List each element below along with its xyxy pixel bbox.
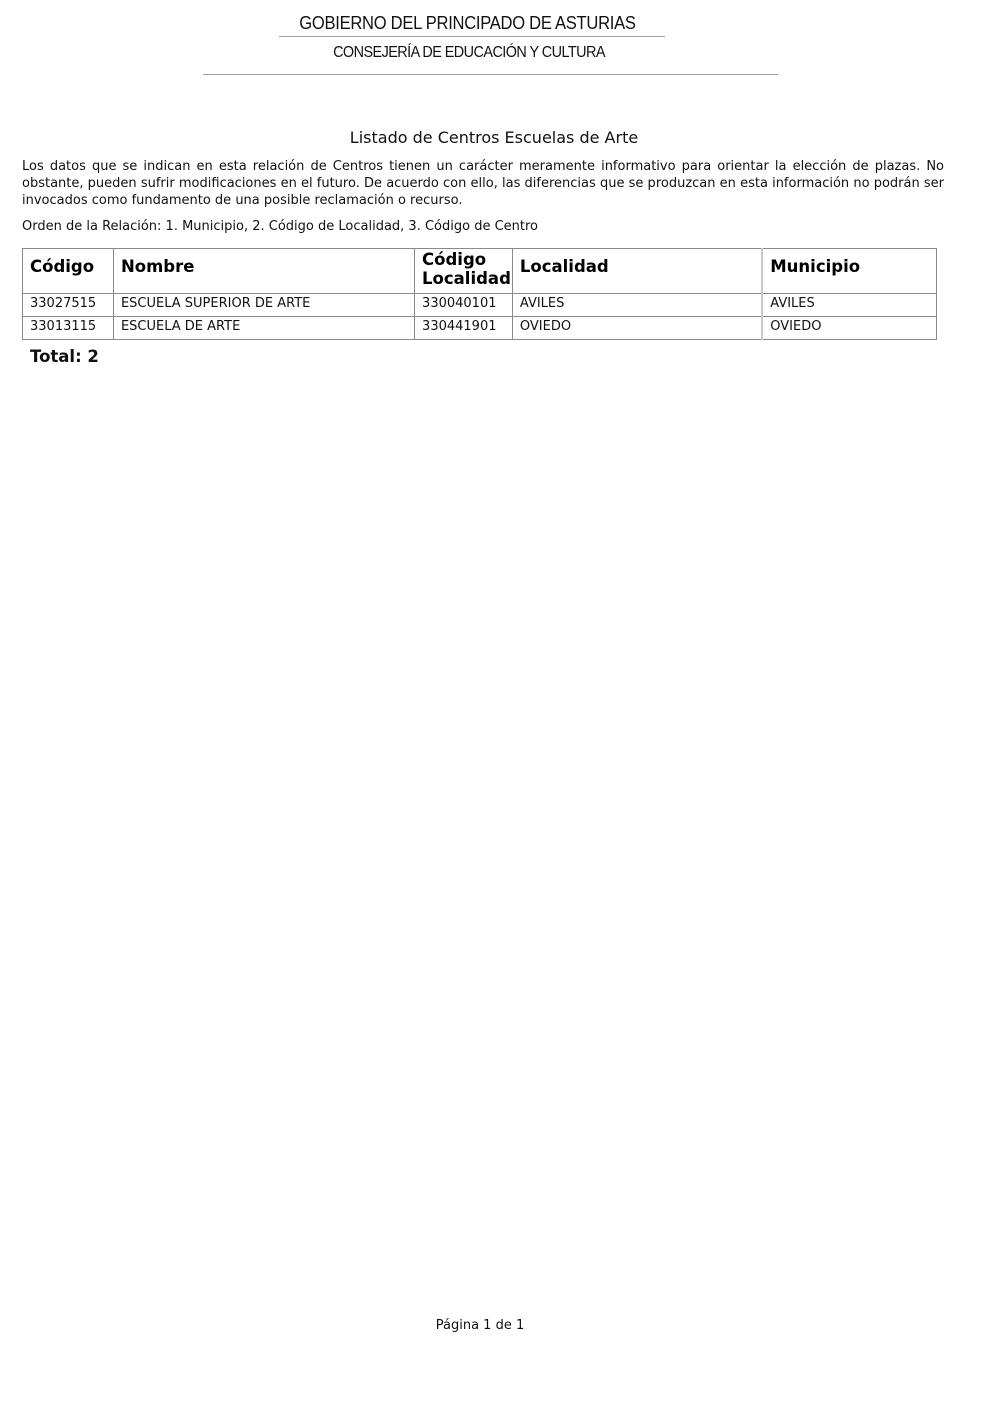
col-header-municipio: Municipio — [762, 249, 936, 294]
intro-paragraph: Los datos que se indican en esta relació… — [22, 158, 944, 209]
cell-localidad: AVILES — [512, 294, 762, 317]
table-header-row: Código Nombre Código Localidad Localidad… — [23, 249, 937, 294]
order-note: Orden de la Relación: 1. Municipio, 2. C… — [22, 219, 538, 234]
col-header-localidad: Localidad — [512, 249, 762, 294]
col-header-codigo-localidad: Código Localidad — [415, 249, 513, 294]
cell-nombre: ESCUELA DE ARTE — [113, 317, 414, 340]
cell-codigo-localidad: 330040101 — [415, 294, 513, 317]
header-divider — [279, 36, 665, 37]
cell-codigo: 33013115 — [23, 317, 114, 340]
cell-codigo: 33027515 — [23, 294, 114, 317]
col-header-codigo: Código — [23, 249, 114, 294]
centros-table: Código Nombre Código Localidad Localidad… — [22, 248, 937, 340]
col-header-nombre: Nombre — [113, 249, 414, 294]
cell-localidad: OVIEDO — [512, 317, 762, 340]
total-count: Total: 2 — [30, 347, 99, 366]
cell-codigo-localidad: 330441901 — [415, 317, 513, 340]
header-organization: GOBIERNO DEL PRINCIPADO DE ASTURIAS — [37, 13, 897, 34]
page-number: Página 1 de 1 — [0, 1318, 960, 1333]
col-header-codigo-localidad-line2: Localidad — [422, 269, 511, 288]
table-row: 33013115 ESCUELA DE ARTE 330441901 OVIED… — [23, 317, 937, 340]
header-divider-bottom — [203, 74, 778, 75]
document-title: Listado de Centros Escuelas de Arte — [0, 128, 988, 147]
cell-municipio: OVIEDO — [762, 317, 936, 340]
cell-municipio: AVILES — [762, 294, 936, 317]
header-department: CONSEJERÍA DE EDUCACIÓN Y CULTURA — [47, 44, 891, 62]
cell-nombre: ESCUELA SUPERIOR DE ARTE — [113, 294, 414, 317]
table-row: 33027515 ESCUELA SUPERIOR DE ARTE 330040… — [23, 294, 937, 317]
col-header-codigo-localidad-line1: Código — [422, 250, 486, 269]
